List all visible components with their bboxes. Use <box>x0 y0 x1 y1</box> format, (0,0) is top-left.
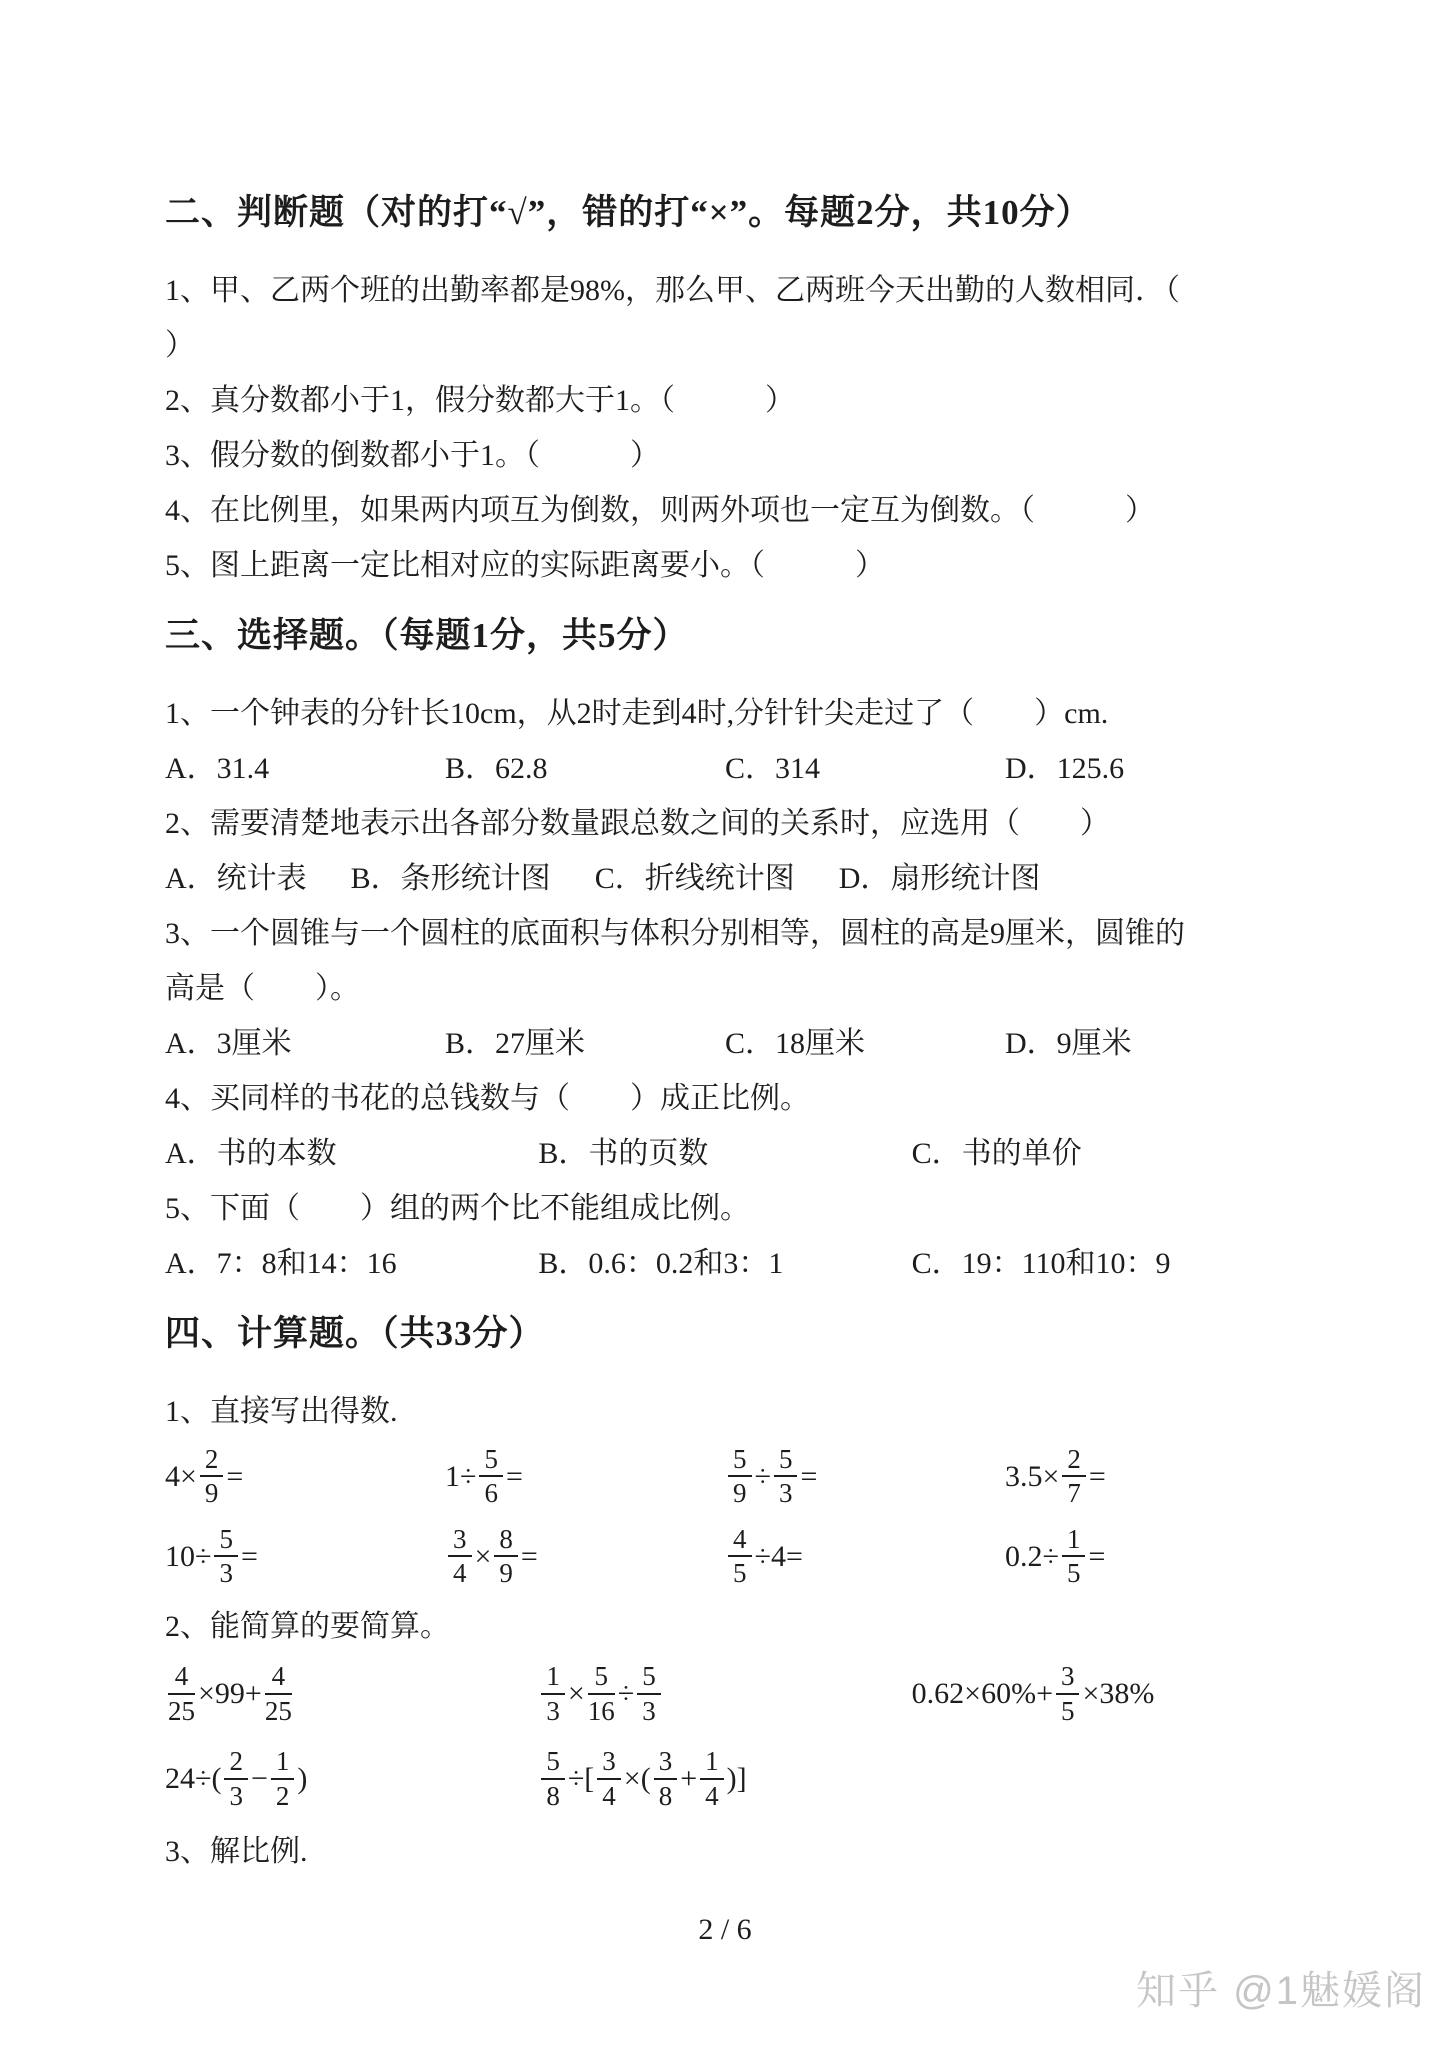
option-c: C．19：110和10：9 <box>912 1236 1285 1291</box>
math-expression: 24÷(23−12) <box>165 1749 538 1813</box>
fraction: 12 <box>271 1746 295 1810</box>
direct-calc-row-2: 10÷53= 34×89= 45÷4= 0.2÷15= <box>165 1519 1285 1599</box>
fraction: 53 <box>214 1524 238 1588</box>
fraction: 34 <box>448 1524 472 1588</box>
section-calculation-heading: 四、计算题。（共33分） <box>165 1311 1285 1356</box>
choice-question-5: 5、下面（ ）组的两个比不能组成比例。 A．7：8和14：16 B．0.6：0.… <box>165 1181 1285 1291</box>
option-a: A．7：8和14：16 <box>165 1236 538 1291</box>
judgment-item-4: 4、在比例里，如果两内项互为倒数，则两外项也一定互为倒数。（ ） <box>165 483 1285 538</box>
direct-calc-row-1: 4×29= 1÷56= 59÷53= 3.5×27= <box>165 1439 1285 1519</box>
math-expression: 3.5×27= <box>1005 1447 1285 1511</box>
calc-sub2-label: 2、能简算的要简算。 <box>165 1599 1285 1654</box>
option-d: D．9厘米 <box>1005 1016 1285 1071</box>
choice-question-1: 1、一个钟表的分针长10cm，从2时走到4时,分针针尖走过了（ ）cm. A．3… <box>165 686 1285 796</box>
judgment-item-2: 2、真分数都小于1，假分数都大于1。（ ） <box>165 373 1285 428</box>
section-judgment-heading: 二、判断题（对的打“√”，错的打“×”。每题2分，共10分） <box>165 190 1285 235</box>
fraction: 56 <box>479 1444 503 1508</box>
math-expression: 10÷53= <box>165 1527 445 1591</box>
option-b: B．62.8 <box>445 741 725 796</box>
choice-stem-4: 4、买同样的书花的总钱数与（ ）成正比例。 <box>165 1071 1285 1126</box>
math-expression: 425×99+425 <box>165 1664 538 1728</box>
option-d: D．扇形统计图 <box>839 851 1041 906</box>
exam-page: 二、判断题（对的打“√”，错的打“×”。每题2分，共10分） 1、甲、乙两个班的… <box>0 0 1448 2048</box>
fraction: 59 <box>728 1444 752 1508</box>
math-expression: 58÷[34×(38+14)] <box>538 1749 911 1813</box>
choice-options-2: A．统计表 B．条形统计图 C．折线统计图 D．扇形统计图 <box>165 851 1285 906</box>
fraction: 58 <box>541 1746 565 1810</box>
choice-stem-2: 2、需要清楚地表示出各部分数量跟总数之间的关系时，应选用（ ） <box>165 796 1285 851</box>
choice-stem-1: 1、一个钟表的分针长10cm，从2时走到4时,分针针尖走过了（ ）cm. <box>165 686 1285 741</box>
fraction: 516 <box>588 1661 615 1725</box>
choice-question-4: 4、买同样的书花的总钱数与（ ）成正比例。 A．书的本数 B．书的页数 C．书的… <box>165 1071 1285 1181</box>
simplify-calc-row-1: 425×99+425 13×516÷53 0.62×60%+35×38% <box>165 1654 1285 1739</box>
choice-stem-5: 5、下面（ ）组的两个比不能组成比例。 <box>165 1181 1285 1236</box>
choice-stem-3: 3、一个圆锥与一个圆柱的底面积与体积分别相等，圆柱的高是9厘米，圆锥的 高是（ … <box>165 906 1285 1016</box>
math-expression: 13×516÷53 <box>538 1664 911 1728</box>
fraction: 34 <box>597 1746 621 1810</box>
fraction: 14 <box>700 1746 724 1810</box>
simplify-calc-row-2: 24÷(23−12) 58÷[34×(38+14)] <box>165 1739 1285 1824</box>
section-choice-heading: 三、选择题。（每题1分，共5分） <box>165 613 1285 658</box>
option-c: C．折线统计图 <box>595 851 795 906</box>
choice-options-1: A．31.4 B．62.8 C．314 D．125.6 <box>165 741 1285 796</box>
math-expression: 34×89= <box>445 1527 725 1591</box>
math-expression: 0.62×60%+35×38% <box>912 1664 1285 1728</box>
judgment-items: 1、甲、乙两个班的出勤率都是98%，那么甲、乙两班今天出勤的人数相同．（ ） 2… <box>165 263 1285 593</box>
calc-sub1-label: 1、直接写出得数. <box>165 1384 1285 1439</box>
option-c: C．书的单价 <box>912 1126 1285 1181</box>
fraction: 89 <box>494 1524 518 1588</box>
math-expression: 59÷53= <box>725 1447 1005 1511</box>
fraction: 53 <box>637 1661 661 1725</box>
math-expression: 1÷56= <box>445 1447 725 1511</box>
math-expression: 0.2÷15= <box>1005 1527 1285 1591</box>
option-a: A．3厘米 <box>165 1016 445 1071</box>
fraction: 35 <box>1056 1661 1080 1725</box>
fraction: 53 <box>774 1444 798 1508</box>
fraction: 425 <box>168 1661 195 1725</box>
fraction: 15 <box>1062 1524 1086 1588</box>
choice-options-3: A．3厘米 B．27厘米 C．18厘米 D．9厘米 <box>165 1016 1285 1071</box>
option-c: C．314 <box>725 741 1005 796</box>
watermark: 知乎 @1魅媛阁 <box>1136 1959 1426 2016</box>
judgment-item-3: 3、假分数的倒数都小于1。（ ） <box>165 428 1285 483</box>
page-number: 2 / 6 <box>165 1909 1285 1951</box>
option-b: B．书的页数 <box>538 1126 911 1181</box>
choice-question-3: 3、一个圆锥与一个圆柱的底面积与体积分别相等，圆柱的高是9厘米，圆锥的 高是（ … <box>165 906 1285 1071</box>
option-b: B．0.6：0.2和3：1 <box>538 1236 911 1291</box>
math-expression: 4×29= <box>165 1447 445 1511</box>
fraction: 29 <box>200 1444 224 1508</box>
option-d: D．125.6 <box>1005 741 1285 796</box>
calc-sub3-label: 3、解比例. <box>165 1824 1285 1879</box>
fraction: 38 <box>654 1746 678 1810</box>
option-b: B．条形统计图 <box>351 851 551 906</box>
option-b: B．27厘米 <box>445 1016 725 1071</box>
fraction: 45 <box>728 1524 752 1588</box>
option-c: C．18厘米 <box>725 1016 1005 1071</box>
choice-question-2: 2、需要清楚地表示出各部分数量跟总数之间的关系时，应选用（ ） A．统计表 B．… <box>165 796 1285 906</box>
option-a: A．书的本数 <box>165 1126 538 1181</box>
option-a: A．统计表 <box>165 851 307 906</box>
fraction: 27 <box>1062 1444 1086 1508</box>
fraction: 13 <box>541 1661 565 1725</box>
option-a: A．31.4 <box>165 741 445 796</box>
judgment-item-1: 1、甲、乙两个班的出勤率都是98%，那么甲、乙两班今天出勤的人数相同．（ ） <box>165 263 1285 373</box>
fraction: 23 <box>224 1746 248 1810</box>
math-expression: 45÷4= <box>725 1527 1005 1591</box>
choice-options-5: A．7：8和14：16 B．0.6：0.2和3：1 C．19：110和10：9 <box>165 1236 1285 1291</box>
judgment-item-5: 5、图上距离一定比相对应的实际距离要小。（ ） <box>165 538 1285 593</box>
fraction: 425 <box>265 1661 292 1725</box>
choice-options-4: A．书的本数 B．书的页数 C．书的单价 <box>165 1126 1285 1181</box>
